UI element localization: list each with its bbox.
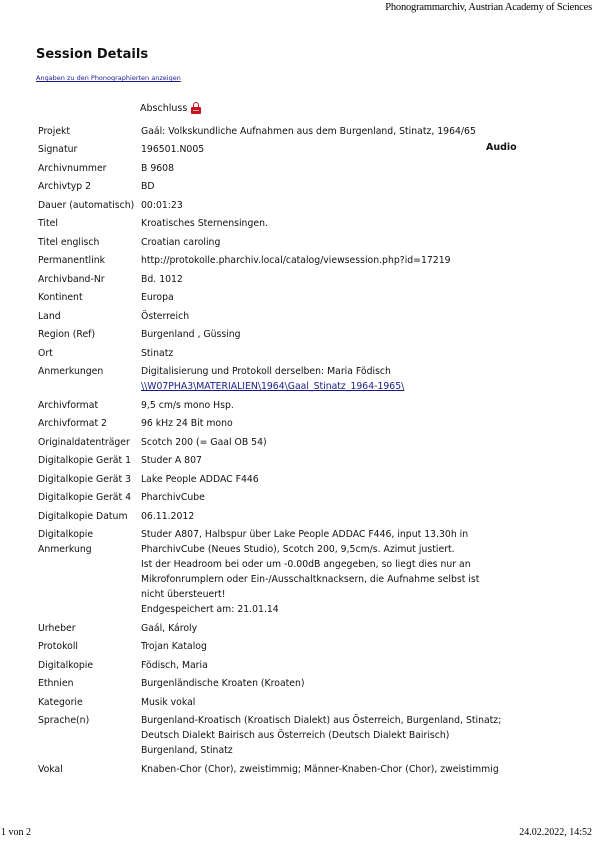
- detail-row: Titel englischCroatian caroling: [35, 233, 504, 252]
- print-datetime: 24.02.2022, 14:52: [519, 827, 592, 838]
- detail-row: Digitalkopie Gerät 3Lake People ADDAC F4…: [35, 470, 504, 489]
- detail-value: Stinatz: [138, 344, 504, 363]
- detail-value: Bd. 1012: [138, 270, 504, 289]
- page-title: Session Details: [36, 47, 148, 62]
- detail-value-line: Musik vokal: [141, 695, 501, 710]
- detail-label: Archivformat: [35, 396, 138, 415]
- detail-label: Permanentlink: [35, 252, 138, 271]
- session-details-table: ProjektGaál: Volkskundliche Aufnahmen au…: [35, 122, 504, 779]
- detail-value-line: Scotch 200 (= Gaal OB 54): [141, 435, 501, 450]
- detail-label: Kategorie: [35, 693, 138, 712]
- detail-value-line: Födisch, Maria: [141, 658, 501, 673]
- detail-label: Titel: [35, 215, 138, 234]
- detail-label: Ort: [35, 344, 138, 363]
- detail-value-line: Gaál: Volkskundliche Aufnahmen aus dem B…: [141, 124, 501, 139]
- detail-label: Archivnummer: [35, 159, 138, 178]
- detail-value: Burgenländische Kroaten (Kroaten): [138, 675, 504, 694]
- detail-value: Österreich: [138, 307, 504, 326]
- detail-value-line: Endgespeichert am: 21.01.14: [141, 602, 501, 617]
- detail-row: KontinentEuropa: [35, 289, 504, 308]
- detail-value-line: Bd. 1012: [141, 272, 501, 287]
- detail-value: Croatian caroling: [138, 233, 504, 252]
- detail-row: OrtStinatz: [35, 344, 504, 363]
- detail-value-line: BD: [141, 179, 501, 194]
- detail-label: Land: [35, 307, 138, 326]
- detail-value: http://protokolle.pharchiv.local/catalog…: [138, 252, 504, 271]
- detail-row: UrheberGaál, Károly: [35, 619, 504, 638]
- detail-value-line: Trojan Katalog: [141, 639, 501, 654]
- detail-value: Burgenland-Kroatisch (Kroatisch Dialekt)…: [138, 712, 504, 761]
- detail-label: Digitalkopie Gerät 3: [35, 470, 138, 489]
- detail-label: Archivtyp 2: [35, 178, 138, 197]
- detail-value-line: Burgenland , Güssing: [141, 327, 501, 342]
- detail-row: Signatur196501.N005: [35, 141, 504, 160]
- detail-value-line: PharchivCube (Neues Studio), Scotch 200,…: [141, 542, 501, 557]
- detail-label: Signatur: [35, 141, 138, 160]
- detail-value-line: Burgenland, Stinatz: [141, 743, 501, 758]
- detail-value-line: Gaál, Károly: [141, 621, 501, 636]
- detail-row: KategorieMusik vokal: [35, 693, 504, 712]
- detail-value-line: PharchivCube: [141, 490, 501, 505]
- detail-value-line: Deutsch Dialekt Bairisch aus Österreich …: [141, 728, 501, 743]
- detail-value-line: B 9608: [141, 161, 501, 176]
- detail-label: Sprache(n): [35, 712, 138, 761]
- detail-row: Digitalkopie Gerät 1Studer A 807: [35, 452, 504, 471]
- detail-label: Region (Ref): [35, 326, 138, 345]
- detail-value: Scotch 200 (= Gaal OB 54): [138, 433, 504, 452]
- detail-value: BD: [138, 178, 504, 197]
- detail-value: Burgenland , Güssing: [138, 326, 504, 345]
- detail-label: Archivformat 2: [35, 415, 138, 434]
- detail-label: Digitalkopie: [35, 656, 138, 675]
- detail-value: Gaál: Volkskundliche Aufnahmen aus dem B…: [138, 122, 504, 141]
- detail-value-line: 196501.N005: [141, 142, 501, 157]
- detail-value-line: 96 kHz 24 Bit mono: [141, 416, 501, 431]
- detail-row: Archivtyp 2BD: [35, 178, 504, 197]
- detail-value-line: Ist der Headroom bei oder um -0.00dB ang…: [141, 557, 501, 572]
- detail-row: Digitalkopie Gerät 4PharchivCube: [35, 489, 504, 508]
- detail-row: Sprache(n)Burgenland-Kroatisch (Kroatisc…: [35, 712, 504, 761]
- detail-row: Archivformat9,5 cm/s mono Hsp.: [35, 396, 504, 415]
- detail-value: B 9608: [138, 159, 504, 178]
- detail-value-line: 06.11.2012: [141, 509, 501, 524]
- detail-value: Musik vokal: [138, 693, 504, 712]
- detail-value: 00:01:23: [138, 196, 504, 215]
- phonographed-link[interactable]: Angaben zu den Phonographierten anzeigen: [36, 74, 181, 82]
- detail-row: Archivband-NrBd. 1012: [35, 270, 504, 289]
- detail-value-line: Digitalisierung und Protokoll derselben:…: [141, 364, 501, 379]
- detail-value: Födisch, Maria: [138, 656, 504, 675]
- detail-row: Region (Ref)Burgenland , Güssing: [35, 326, 504, 345]
- detail-label: Dauer (automatisch): [35, 196, 138, 215]
- detail-row: LandÖsterreich: [35, 307, 504, 326]
- detail-label: Archivband-Nr: [35, 270, 138, 289]
- detail-value-line: Stinatz: [141, 346, 501, 361]
- detail-value-line: Studer A807, Halbspur über Lake People A…: [141, 527, 501, 542]
- detail-label: Kontinent: [35, 289, 138, 308]
- detail-row: Digitalkopie AnmerkungStuder A807, Halbs…: [35, 526, 504, 620]
- detail-row: ArchivnummerB 9608: [35, 159, 504, 178]
- detail-row: VokalKnaben-Chor (Chor), zweistimmig; Mä…: [35, 760, 504, 779]
- detail-value: 196501.N005: [138, 141, 504, 160]
- detail-row: TitelKroatisches Sternensingen.: [35, 215, 504, 234]
- detail-value-line: 00:01:23: [141, 198, 501, 213]
- detail-label: Anmerkungen: [35, 363, 138, 397]
- detail-value: Studer A 807: [138, 452, 504, 471]
- detail-value: Trojan Katalog: [138, 638, 504, 657]
- detail-value-line: nicht übersteuert!: [141, 587, 501, 602]
- detail-value: Gaál, Károly: [138, 619, 504, 638]
- detail-label: Ethnien: [35, 675, 138, 694]
- detail-value-line: Mikrofonrumplern oder Ein-/Ausschaltknac…: [141, 572, 501, 587]
- detail-value: PharchivCube: [138, 489, 504, 508]
- detail-label: Digitalkopie Datum: [35, 507, 138, 526]
- detail-value-line: Lake People ADDAC F446: [141, 472, 501, 487]
- detail-value-line: Burgenländische Kroaten (Kroaten): [141, 676, 501, 691]
- detail-value-line: Studer A 807: [141, 453, 501, 468]
- detail-value-line: Croatian caroling: [141, 235, 501, 250]
- detail-label: Digitalkopie Gerät 1: [35, 452, 138, 471]
- detail-value: Kroatisches Sternensingen.: [138, 215, 504, 234]
- print-header: Phonogrammarchiv, Austrian Academy of Sc…: [385, 2, 592, 13]
- detail-value-line: 9,5 cm/s mono Hsp.: [141, 398, 501, 413]
- detail-value: Lake People ADDAC F446: [138, 470, 504, 489]
- detail-label: Urheber: [35, 619, 138, 638]
- detail-value: 96 kHz 24 Bit mono: [138, 415, 504, 434]
- detail-row: EthnienBurgenländische Kroaten (Kroaten): [35, 675, 504, 694]
- detail-label: Digitalkopie Gerät 4: [35, 489, 138, 508]
- detail-row: ProtokollTrojan Katalog: [35, 638, 504, 657]
- status-label: Abschluss: [140, 103, 187, 114]
- detail-row: Dauer (automatisch)00:01:23: [35, 196, 504, 215]
- detail-value: Knaben-Chor (Chor), zweistimmig; Männer-…: [138, 760, 504, 779]
- detail-row: ProjektGaál: Volkskundliche Aufnahmen au…: [35, 122, 504, 141]
- archive-path-link[interactable]: \\W07PHA3\MATERIALIEN\1964\Gaal_Stinatz_…: [141, 381, 404, 392]
- lock-icon: [191, 102, 201, 114]
- detail-label: Digitalkopie Anmerkung: [35, 526, 138, 620]
- detail-value-line: Europa: [141, 290, 501, 305]
- detail-value-line: Knaben-Chor (Chor), zweistimmig; Männer-…: [141, 762, 501, 777]
- detail-label: Protokoll: [35, 638, 138, 657]
- detail-label: Titel englisch: [35, 233, 138, 252]
- detail-value-line: Österreich: [141, 309, 501, 324]
- detail-row: AnmerkungenDigitalisierung und Protokoll…: [35, 363, 504, 397]
- detail-row: DigitalkopieFödisch, Maria: [35, 656, 504, 675]
- detail-value-line: http://protokolle.pharchiv.local/catalog…: [141, 253, 501, 268]
- page-number: 1 von 2: [1, 827, 31, 838]
- detail-value: Europa: [138, 289, 504, 308]
- detail-row: Archivformat 296 kHz 24 Bit mono: [35, 415, 504, 434]
- detail-label: Projekt: [35, 122, 138, 141]
- detail-value: Studer A807, Halbspur über Lake People A…: [138, 526, 504, 620]
- detail-label: Originaldatenträger: [35, 433, 138, 452]
- detail-row: OriginaldatenträgerScotch 200 (= Gaal OB…: [35, 433, 504, 452]
- detail-label: Vokal: [35, 760, 138, 779]
- detail-value: 9,5 cm/s mono Hsp.: [138, 396, 504, 415]
- status-row: Abschluss: [140, 102, 201, 114]
- detail-row: Digitalkopie Datum06.11.2012: [35, 507, 504, 526]
- detail-value: 06.11.2012: [138, 507, 504, 526]
- detail-value-line: Burgenland-Kroatisch (Kroatisch Dialekt)…: [141, 713, 501, 728]
- detail-value-line: Kroatisches Sternensingen.: [141, 216, 501, 231]
- detail-row: Permanentlinkhttp://protokolle.pharchiv.…: [35, 252, 504, 271]
- detail-value: Digitalisierung und Protokoll derselben:…: [138, 363, 504, 397]
